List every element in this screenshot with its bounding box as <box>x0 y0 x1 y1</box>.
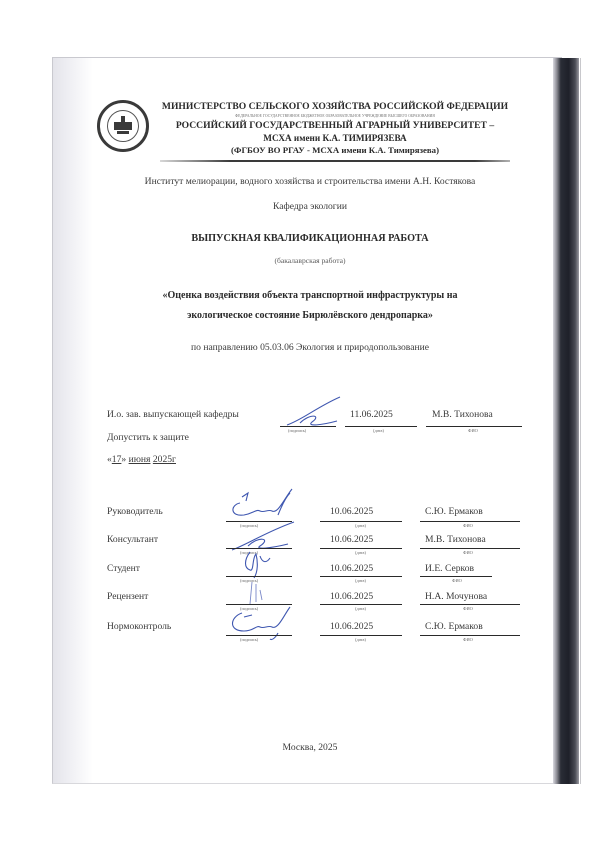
signature-norm-control <box>226 603 298 643</box>
signatory-role: Консультант <box>107 534 158 545</box>
date-caption: (дата) <box>355 578 366 583</box>
signatory-name: Н.А. Мочунова <box>425 591 487 602</box>
name-caption: ФИО <box>463 606 473 611</box>
approval-role: И.о. зав. выпускающей кафедры <box>107 409 239 420</box>
ministry-name: МИНИСТЕРСТВО СЕЛЬСКОГО ХОЗЯЙСТВА РОССИЙС… <box>160 101 510 112</box>
signatory-role: Студент <box>107 563 140 574</box>
seal-inner-ring <box>107 110 139 142</box>
name-caption: ФИО <box>463 637 473 642</box>
seal-building <box>114 122 132 130</box>
admit-date-mid: » <box>121 454 128 465</box>
signature-reviewer <box>244 578 272 606</box>
date-line <box>320 604 402 605</box>
admit-date: «17» июня 2025г <box>107 454 176 465</box>
university-name: РОССИЙСКИЙ ГОСУДАРСТВЕННЫЙ АГРАРНЫЙ УНИВ… <box>160 120 510 131</box>
admit-year: 2025г <box>153 454 176 465</box>
signatory-date: 10.06.2025 <box>330 591 373 602</box>
date-line <box>320 521 402 522</box>
signature-line <box>226 576 292 577</box>
name-caption: ФИО <box>468 428 478 433</box>
signature-caption: (подпись) <box>288 428 306 433</box>
scanner-edge-line <box>580 58 581 784</box>
seal-base <box>117 131 129 134</box>
scanner-edge-band <box>553 58 579 784</box>
signatory-date: 10.06.2025 <box>330 534 373 545</box>
header-divider <box>160 160 510 162</box>
date-line <box>320 635 402 636</box>
signatory-name: М.В. Тихонова <box>425 534 486 545</box>
approval-date: 11.06.2025 <box>350 409 393 420</box>
thesis-title-line2: экологическое состояние Бирюлёвского ден… <box>60 310 560 321</box>
signatory-role: Рецензент <box>107 591 148 602</box>
name-line <box>420 548 520 549</box>
signatory-name: И.Е. Серков <box>425 563 474 574</box>
date-line <box>320 548 402 549</box>
admit-month: июня <box>129 454 151 465</box>
signatory-date: 10.06.2025 <box>330 621 373 632</box>
name-caption: ФИО <box>463 550 473 555</box>
signature-line <box>280 426 336 427</box>
thesis-title-line1: «Оценка воздействия объекта транспортной… <box>60 290 560 301</box>
name-caption: ФИО <box>452 578 462 583</box>
name-line <box>420 635 520 636</box>
signature-caption: (подпись) <box>240 637 258 642</box>
name-line <box>420 576 492 577</box>
signatory-name: С.Ю. Ермаков <box>425 621 483 632</box>
date-line <box>345 426 417 427</box>
date-line <box>320 576 402 577</box>
page-shadow <box>53 58 93 783</box>
signatory-date: 10.06.2025 <box>330 563 373 574</box>
university-named-after: МСХА имени К.А. ТИМИРЯЗЕВА <box>160 133 510 143</box>
name-caption: ФИО <box>463 523 473 528</box>
signatory-role: Руководитель <box>107 506 163 517</box>
university-seal-icon <box>97 100 149 152</box>
date-caption: (дата) <box>355 523 366 528</box>
city-year: Москва, 2025 <box>60 742 560 753</box>
department-name: Кафедра экологии <box>60 201 560 212</box>
signatory-role: Нормоконтроль <box>107 621 171 632</box>
date-caption: (дата) <box>355 637 366 642</box>
signatory-date: 10.06.2025 <box>330 506 373 517</box>
work-type: ВЫПУСКНАЯ КВАЛИФИКАЦИОННАЯ РАБОТА <box>60 233 560 244</box>
study-direction: по направлению 05.03.06 Экология и приро… <box>60 342 560 353</box>
date-caption: (дата) <box>373 428 384 433</box>
date-caption: (дата) <box>355 550 366 555</box>
university-short-name: (ФГБОУ ВО РГАУ - МСХА имени К.А. Тимиряз… <box>160 145 510 155</box>
signature-line <box>226 635 292 636</box>
approval-name: М.В. Тихонова <box>432 409 493 420</box>
admit-day: 17 <box>112 454 122 465</box>
institution-type: ФЕДЕРАЛЬНОЕ ГОСУДАРСТВЕННОЕ БЮДЖЕТНОЕ ОБ… <box>160 114 510 118</box>
name-line <box>420 521 520 522</box>
name-line <box>420 604 520 605</box>
institute-name: Институт мелиорации, водного хозяйства и… <box>60 176 560 187</box>
signature-approval <box>282 395 352 430</box>
signatory-name: С.Ю. Ермаков <box>425 506 483 517</box>
admit-label: Допустить к защите <box>107 432 189 443</box>
date-caption: (дата) <box>355 606 366 611</box>
name-line <box>426 426 522 427</box>
work-subtype: (бакалаврская работа) <box>60 256 560 265</box>
